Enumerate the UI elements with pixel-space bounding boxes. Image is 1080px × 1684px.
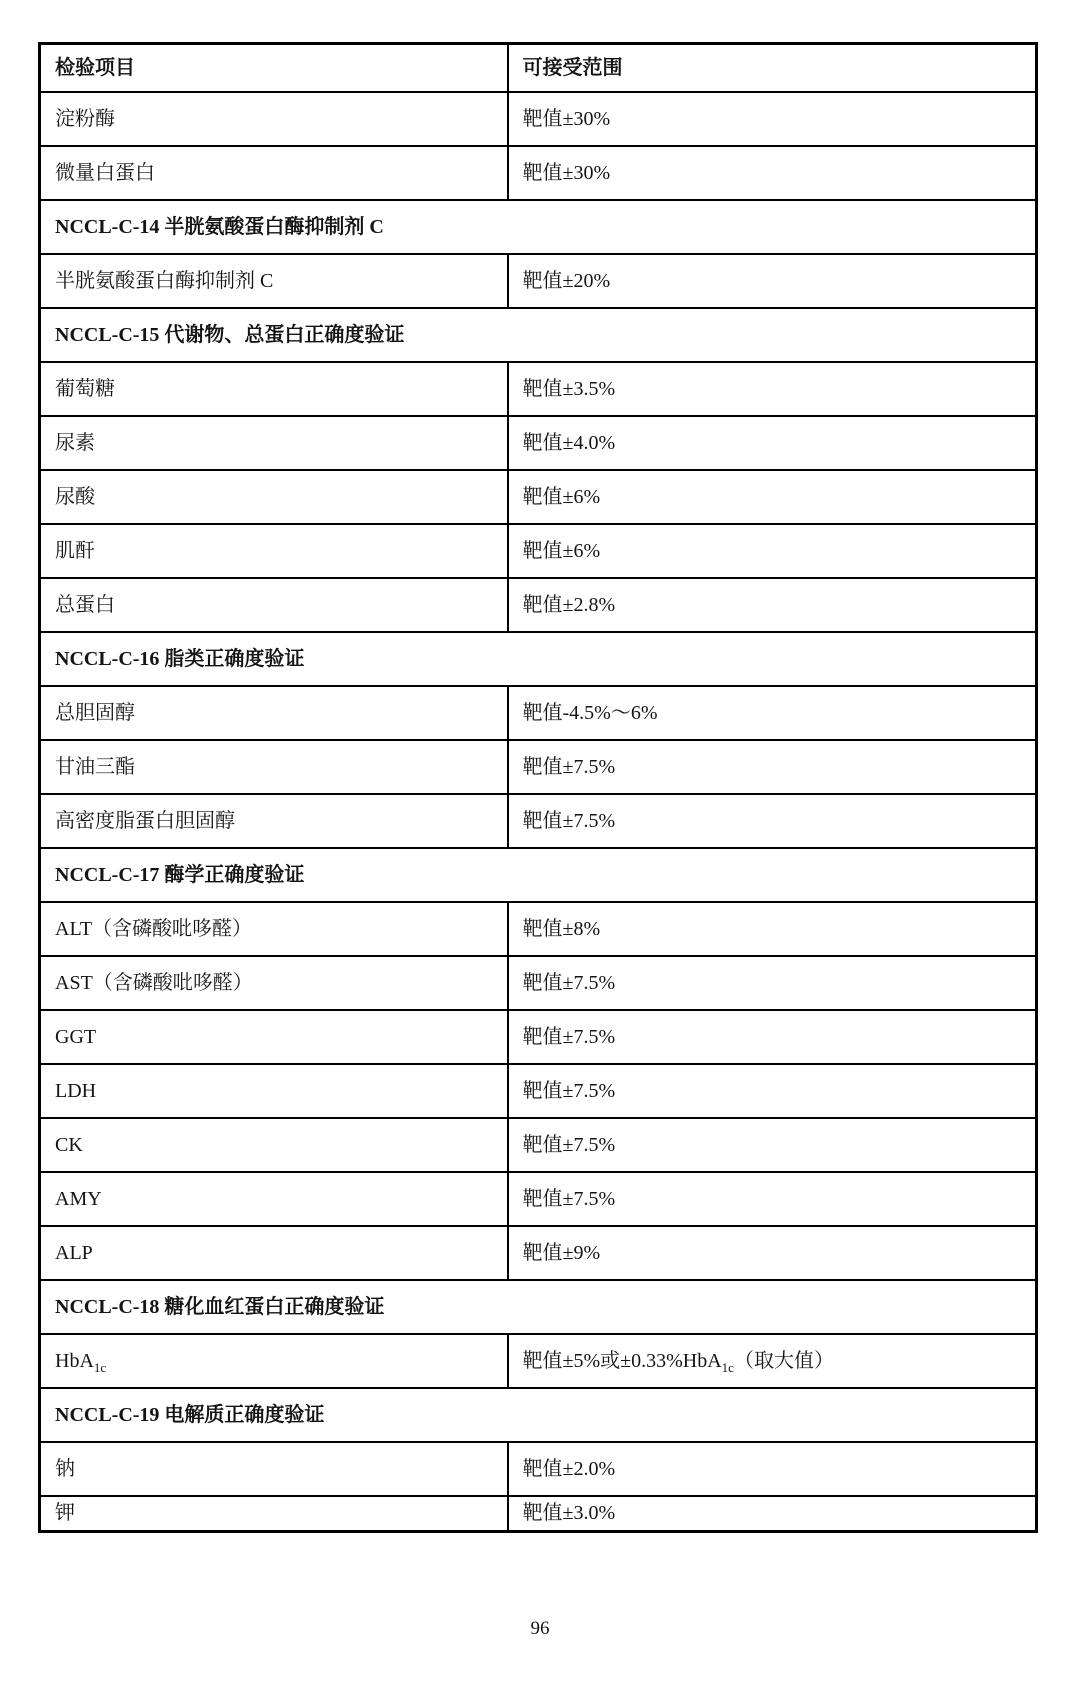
test-item-cell: 半胱氨酸蛋白酶抑制剂 C: [40, 254, 508, 308]
hba1c-subscript: 1c: [94, 1360, 106, 1375]
range-cell: 靶值±7.5%: [508, 1118, 1037, 1172]
table-row: 尿素 靶值±4.0%: [40, 416, 1037, 470]
section-row: NCCL-C-17 酶学正确度验证: [40, 848, 1037, 902]
table-row: AMY 靶值±7.5%: [40, 1172, 1037, 1226]
table-row: 钠 靶值±2.0%: [40, 1442, 1037, 1496]
test-item-cell: ALT（含磷酸吡哆醛）: [40, 902, 508, 956]
table-row: HbA1c 靶值±5%或±0.33%HbA1c（取大值）: [40, 1334, 1037, 1388]
range-cell: 靶值±8%: [508, 902, 1037, 956]
test-item-cell: 淀粉酶: [40, 92, 508, 146]
table-row: AST（含磷酸吡哆醛） 靶值±7.5%: [40, 956, 1037, 1010]
range-cell: 靶值±2.8%: [508, 578, 1037, 632]
test-item-cell: 钠: [40, 1442, 508, 1496]
section-row: NCCL-C-18 糖化血红蛋白正确度验证: [40, 1280, 1037, 1334]
test-item-cell: HbA1c: [40, 1334, 508, 1388]
section-row: NCCL-C-14 半胱氨酸蛋白酶抑制剂 C: [40, 200, 1037, 254]
range-cell: 靶值±30%: [508, 92, 1037, 146]
test-item-cell: 甘油三酯: [40, 740, 508, 794]
test-item-cell: AMY: [40, 1172, 508, 1226]
test-item-cell: LDH: [40, 1064, 508, 1118]
range-cell: 靶值±4.0%: [508, 416, 1037, 470]
range-cell: 靶值±7.5%: [508, 956, 1037, 1010]
section-row: NCCL-C-19 电解质正确度验证: [40, 1388, 1037, 1442]
document-page: 检验项目 可接受范围 淀粉酶 靶值±30% 微量白蛋白 靶值±30% NCCL-…: [0, 0, 1080, 1684]
table-header-row: 检验项目 可接受范围: [40, 44, 1037, 93]
test-item-cell: CK: [40, 1118, 508, 1172]
table-row: ALT（含磷酸吡哆醛） 靶值±8%: [40, 902, 1037, 956]
table-row: 总蛋白 靶值±2.8%: [40, 578, 1037, 632]
hba1c-subscript: 1c: [722, 1360, 734, 1375]
qc-acceptance-table: 检验项目 可接受范围 淀粉酶 靶值±30% 微量白蛋白 靶值±30% NCCL-…: [38, 42, 1038, 1533]
range-cell: 靶值±7.5%: [508, 740, 1037, 794]
range-cell: 靶值±9%: [508, 1226, 1037, 1280]
test-item-cell: 微量白蛋白: [40, 146, 508, 200]
table-row: 总胆固醇 靶值-4.5%～6%: [40, 686, 1037, 740]
table-row: ALP 靶值±9%: [40, 1226, 1037, 1280]
range-cell: 靶值-4.5%～6%: [508, 686, 1037, 740]
test-item-cell: 高密度脂蛋白胆固醇: [40, 794, 508, 848]
section-title: NCCL-C-15 代谢物、总蛋白正确度验证: [40, 308, 1037, 362]
test-item-cell: AST（含磷酸吡哆醛）: [40, 956, 508, 1010]
range-cell: 靶值±3.0%: [508, 1496, 1037, 1532]
range-cell: 靶值±30%: [508, 146, 1037, 200]
table-row: 甘油三酯 靶值±7.5%: [40, 740, 1037, 794]
table-row: 半胱氨酸蛋白酶抑制剂 C 靶值±20%: [40, 254, 1037, 308]
section-title: NCCL-C-16 脂类正确度验证: [40, 632, 1037, 686]
column-header-test-item: 检验项目: [40, 44, 508, 93]
table-row: LDH 靶值±7.5%: [40, 1064, 1037, 1118]
test-item-cell: 尿酸: [40, 470, 508, 524]
test-item-cell: 总胆固醇: [40, 686, 508, 740]
test-item-cell: 钾: [40, 1496, 508, 1532]
table-row: 高密度脂蛋白胆固醇 靶值±7.5%: [40, 794, 1037, 848]
hba1c-label: HbA: [55, 1350, 94, 1372]
range-cell: 靶值±2.0%: [508, 1442, 1037, 1496]
range-cell: 靶值±7.5%: [508, 1064, 1037, 1118]
test-item-cell: 肌酐: [40, 524, 508, 578]
range-cell: 靶值±6%: [508, 524, 1037, 578]
section-row: NCCL-C-15 代谢物、总蛋白正确度验证: [40, 308, 1037, 362]
range-cell: 靶值±3.5%: [508, 362, 1037, 416]
range-cell: 靶值±5%或±0.33%HbA1c（取大值）: [508, 1334, 1037, 1388]
section-title: NCCL-C-18 糖化血红蛋白正确度验证: [40, 1280, 1037, 1334]
test-item-cell: 总蛋白: [40, 578, 508, 632]
table-row: CK 靶值±7.5%: [40, 1118, 1037, 1172]
range-cell: 靶值±6%: [508, 470, 1037, 524]
test-item-cell: 葡萄糖: [40, 362, 508, 416]
test-item-cell: 尿素: [40, 416, 508, 470]
table-row: 淀粉酶 靶值±30%: [40, 92, 1037, 146]
range-cell: 靶值±7.5%: [508, 794, 1037, 848]
table-row: 尿酸 靶值±6%: [40, 470, 1037, 524]
table-row: 微量白蛋白 靶值±30%: [40, 146, 1037, 200]
column-header-acceptable-range: 可接受范围: [508, 44, 1037, 93]
table-row: 肌酐 靶值±6%: [40, 524, 1037, 578]
section-title: NCCL-C-17 酶学正确度验证: [40, 848, 1037, 902]
table-row: 葡萄糖 靶值±3.5%: [40, 362, 1037, 416]
section-title: NCCL-C-14 半胱氨酸蛋白酶抑制剂 C: [40, 200, 1037, 254]
table-row: 钾 靶值±3.0%: [40, 1496, 1037, 1532]
table-row: GGT 靶值±7.5%: [40, 1010, 1037, 1064]
range-cell: 靶值±7.5%: [508, 1010, 1037, 1064]
range-cell: 靶值±7.5%: [508, 1172, 1037, 1226]
section-row: NCCL-C-16 脂类正确度验证: [40, 632, 1037, 686]
page-number: 96: [0, 1618, 1080, 1640]
test-item-cell: ALP: [40, 1226, 508, 1280]
range-cell: 靶值±20%: [508, 254, 1037, 308]
test-item-cell: GGT: [40, 1010, 508, 1064]
section-title: NCCL-C-19 电解质正确度验证: [40, 1388, 1037, 1442]
